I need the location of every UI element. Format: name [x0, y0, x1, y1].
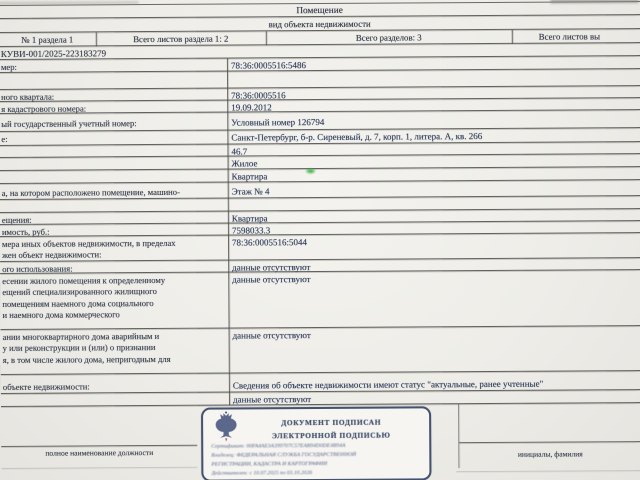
stamp-owner-line1: Владелец: ФЕДЕРАЛЬНАЯ СЛУЖБА ГОСУДАРСТВЕ…: [211, 451, 425, 458]
egrn-extract-sheet: Помещение вид объекта недвижимости № 1 р…: [0, 0, 640, 480]
header-divider-3: [512, 30, 513, 44]
total-sections-cell: Всего разделов: 3: [266, 32, 512, 44]
row-label: объекте недвижимости:: [3, 381, 90, 393]
row-value: данные отсутствуют: [233, 330, 311, 341]
row-value: данные отсутствуют: [233, 394, 311, 405]
scanned-document-page: Помещение вид объекта недвижимости № 1 р…: [0, 0, 640, 480]
stamp-validity: Действителен: с 10.07.2025 по 03.10.2026: [211, 469, 425, 476]
row-label-line4: и наемного дома коммерческого: [2, 309, 165, 321]
row-label: мер:: [1, 62, 17, 74]
name-caption: инициалы, фамилия: [459, 449, 640, 459]
row-label-line1: ании многоквартирного дома аварийным и: [3, 331, 171, 343]
row-value: Квартира: [232, 171, 268, 182]
header-divider-2: [266, 31, 267, 45]
row-label: е:: [1, 134, 7, 145]
row-label-line1: есении жилого помещения к определенному: [2, 275, 165, 287]
row-label: ании многоквартирного дома аварийным и у…: [3, 331, 171, 366]
stamp-title-line2: ЭЛЕКТРОННОЙ ПОДПИСЬЮ: [237, 430, 425, 440]
stamp-owner-line2: РЕГИСТРАЦИИ, КАДАСТРА И КАРТОГРАФИИ: [211, 460, 425, 467]
row-label: а, на котором расположено помещение, маш…: [2, 187, 180, 199]
sheet-number-cell: № 1 раздела 1: [0, 34, 96, 45]
scan-artifact-green-dot: [306, 168, 316, 174]
row-value: Сведения об объекте недвижимости имеют с…: [233, 379, 543, 392]
row-value: 78:36:0005516:5044: [232, 237, 307, 248]
position-underline-faint: [1, 467, 197, 469]
scan-smudge-top-right: [551, 0, 639, 4]
row-label-line2: жен объект недвижимости:: [2, 249, 176, 261]
row-value: Жилое: [232, 158, 258, 169]
row-label-line2: у или реконструкции и (или) о признании: [3, 342, 171, 354]
electronic-signature-stamp: ДОКУМЕНТ ПОДПИСАН ЭЛЕКТРОННОЙ ПОДПИСЬЮ С…: [201, 406, 431, 480]
stamp-title-line1: ДОКУМЕНТ ПОДПИСАН: [237, 417, 425, 427]
row-value: 78:36:0005516:5486: [231, 60, 306, 71]
row-label-line2: ещений специализированного жилищного: [2, 286, 165, 298]
row-label-line3: помещениям наемного дома социального: [2, 298, 165, 310]
row-label: есении жилого помещения к определенному …: [2, 275, 165, 322]
stamp-certificate: Сертификат: 00FA4AE3A399707C57EAB94D0DE4…: [211, 442, 425, 449]
row-value: Условный номер 126794: [231, 117, 324, 129]
name-signature-line: [459, 441, 640, 443]
table-row-special-marks: данные отсутствуют: [1, 390, 640, 407]
table-row-specialized-fund: есении жилого помещения к определенному …: [0, 270, 640, 330]
position-signature-line: [1, 445, 197, 447]
footer-noise-line: [456, 470, 640, 472]
row-value: Санкт-Петербург, б-р. Сиреневый, д. 7, к…: [231, 131, 482, 144]
total-sheets-cell: Всего листов вы: [512, 31, 640, 42]
position-caption: полное наименование должности: [1, 448, 197, 458]
table-row-parent-object: мера иных объектов недвижимости, в преде…: [0, 233, 640, 262]
row-label-line3: я, в том числе жилого дома, непригодным …: [3, 354, 171, 366]
coat-of-arms-icon: [213, 411, 239, 441]
section-sheets-cell: Всего листов раздела 1: 2: [96, 33, 266, 44]
row-value: данные отсутствуют: [232, 274, 310, 285]
row-label: ый государственный учетный номер:: [1, 118, 136, 130]
table-row-emergency-status: ании многоквартирного дома аварийным и у…: [1, 326, 640, 375]
header-divider-1: [96, 32, 97, 46]
row-label: мера иных объектов недвижимости, в преде…: [2, 238, 176, 262]
row-label-line1: мера иных объектов недвижимости, в преде…: [2, 238, 176, 250]
row-value: Этаж № 4: [232, 186, 270, 197]
